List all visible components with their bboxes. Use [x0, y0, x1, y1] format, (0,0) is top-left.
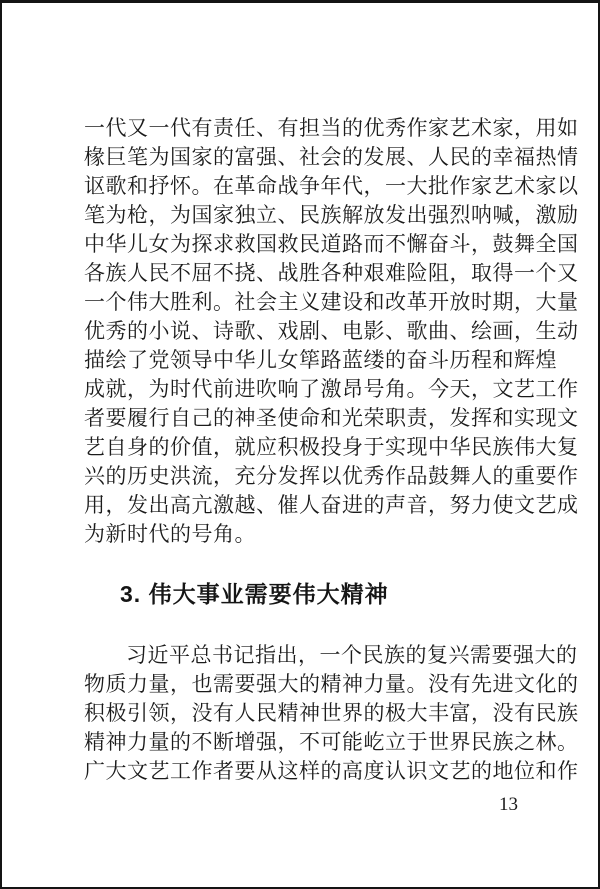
text-line: 描绘了党领导中华儿女筚路蓝缕的奋斗历程和辉煌: [84, 346, 544, 375]
book-page: 一代又一代有责任、有担当的优秀作家艺术家，用如 椽巨笔为国家的富强、社会的发展、…: [0, 0, 600, 889]
text-line: 椽巨笔为国家的富强、社会的发展、人民的幸福热情: [84, 143, 544, 172]
text-line: 积极引领，没有人民精神世界的极大丰富，没有民族: [84, 699, 544, 728]
text-line: 艺自身的价值，就应积极投身于实现中华民族伟大复: [84, 433, 544, 462]
text-line: 习近平总书记指出，一个民族的复兴需要强大的: [84, 641, 544, 670]
text-line: 一代又一代有责任、有担当的优秀作家艺术家，用如: [84, 114, 544, 143]
text-line: 物质力量，也需要强大的精神力量。没有先进文化的: [84, 670, 544, 699]
text-line: 兴的历史洪流，充分发挥以优秀作品鼓舞人的重要作: [84, 462, 544, 491]
text-line: 精神力量的不断增强，不可能屹立于世界民族之林。: [84, 728, 544, 757]
text-line: 优秀的小说、诗歌、戏剧、电影、歌曲、绘画，生动: [84, 317, 544, 346]
text-line: 讴歌和抒怀。在革命战争年代，一大批作家艺术家以: [84, 172, 544, 201]
text-line: 成就，为时代前进吹响了激昂号角。今天，文艺工作: [84, 375, 544, 404]
text-line: 中华儿女为探求救国救民道路而不懈奋斗，鼓舞全国: [84, 230, 544, 259]
text-line: 一个伟大胜利。社会主义建设和改革开放时期，大量: [84, 288, 544, 317]
text-line: 为新时代的号角。: [84, 520, 544, 549]
text-line: 笔为枪，为国家独立、民族解放发出强烈呐喊，激励: [84, 201, 544, 230]
text-line: 广大文艺工作者要从这样的高度认识文艺的地位和作: [84, 757, 544, 786]
page-number: 13: [84, 793, 544, 816]
paragraph-2: 习近平总书记指出，一个民族的复兴需要强大的 物质力量，也需要强大的精神力量。没有…: [84, 641, 544, 786]
paragraph-1: 一代又一代有责任、有担当的优秀作家艺术家，用如 椽巨笔为国家的富强、社会的发展、…: [84, 114, 544, 549]
section-heading: 3. 伟大事业需要伟大精神: [84, 579, 580, 609]
text-line: 用，发出高亢激越、催人奋进的声音，努力使文艺成: [84, 491, 544, 520]
text-line: 各族人民不屈不挠、战胜各种艰难险阻，取得一个又: [84, 259, 544, 288]
text-line: 者要履行自己的神圣使命和光荣职责，发挥和实现文: [84, 404, 544, 433]
